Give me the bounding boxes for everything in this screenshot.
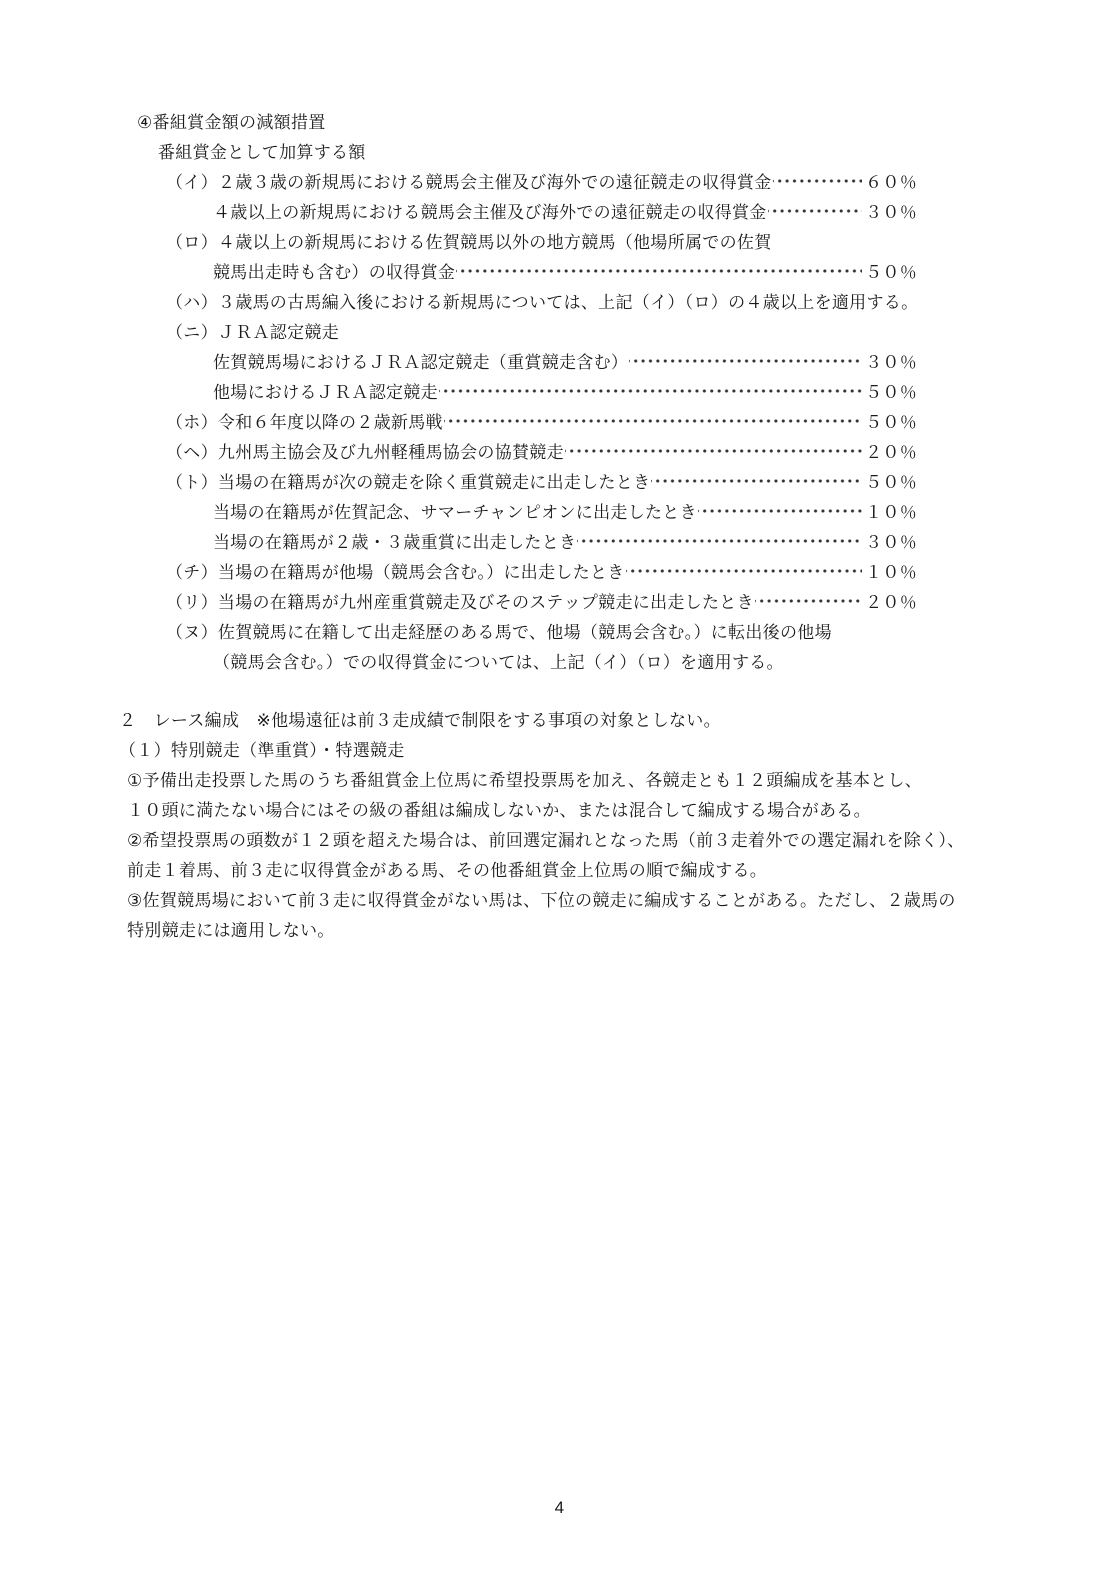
paragraph-text: １０頭に満たない場合にはその級の番組は編成しないか、または混合して編成する場合が…	[127, 796, 871, 821]
rule-text: ＪＲＡ認定競走	[218, 318, 339, 343]
dot-leader	[651, 465, 862, 495]
rule-row: （ロ） ４歳以上の新規馬における佐賀競馬以外の地方競馬（他場所属での佐賀	[137, 225, 917, 255]
item-marker: （リ）	[166, 588, 218, 613]
section2-heading-text: ２ レース編成 ※他場遠征は前３走成績で制限をする事項の対象としない。	[119, 706, 721, 731]
rule-row: （ト） 当場の在籍馬が次の競走を除く重賞競走に出走したとき ５０％	[137, 465, 917, 495]
paragraph-text: 前走１着馬、前３走に収得賞金がある馬、その他番組賞金上位馬の順で編成する。	[127, 856, 767, 881]
rule-percentage: １０％	[863, 498, 917, 523]
paragraph-line: ③佐賀競馬場において前３走に収得賞金がない馬は、下位の競走に編成することがある。…	[119, 883, 1005, 913]
dot-leader	[755, 585, 862, 615]
rule-text: ４歳以上の新規馬における佐賀競馬以外の地方競馬（他場所属での佐賀	[218, 228, 772, 253]
rule-text: 当場の在籍馬が他場（競馬会含む。）に出走したとき	[218, 558, 625, 583]
dot-leader	[626, 555, 862, 585]
rule-percentage: ３０％	[863, 198, 917, 223]
rule-text: 令和６年度以降の２歳新馬戦	[218, 408, 443, 433]
section-prize-reduction: ④番組賞金額の減額措置 番組賞金として加算する額 （イ） ２歳３歳の新規馬におけ…	[137, 105, 1005, 675]
item-marker: （チ）	[166, 558, 218, 583]
rule-text: ２歳３歳の新規馬における競馬会主催及び海外での遠征競走の収得賞金	[218, 168, 772, 193]
rule-percentage: ６０％	[863, 168, 917, 193]
rule-text: 佐賀競馬に在籍して出走経歴のある馬で、他場（競馬会含む。）に転出後の他場	[218, 618, 832, 643]
rule-text: ３歳馬の古馬編入後における新規馬については、上記（イ）（ロ）の４歳以上を適用する…	[218, 288, 918, 313]
rule-row: 佐賀競馬場におけるＪＲＡ認定競走（重賞競走含む） ３０％	[137, 345, 917, 375]
rule-row: ４歳以上の新規馬における競馬会主催及び海外での遠征競走の収得賞金 ３０％	[137, 195, 917, 225]
rule-percentage: １０％	[863, 558, 917, 583]
paragraph-text: 特別競走には適用しない。	[127, 916, 335, 941]
item-marker: （ヌ）	[166, 618, 218, 643]
dot-leader	[577, 525, 862, 555]
rule-text: 佐賀競馬場におけるＪＲＡ認定競走（重賞競走含む）	[213, 348, 628, 373]
item-marker: （ヘ）	[166, 438, 218, 463]
rule-row: （ヘ） 九州馬主協会及び九州軽種馬協会の協賛競走 ２０％	[137, 435, 917, 465]
paragraph-line: ①予備出走投票した馬のうち番組賞金上位馬に希望投票馬を加え、各競走とも１２頭編成…	[119, 763, 1005, 793]
dot-leader	[629, 345, 862, 375]
dot-leader	[768, 195, 862, 225]
rule-text: 当場の在籍馬が２歳・３歳重賞に出走したとき	[213, 528, 576, 553]
dot-leader	[444, 405, 862, 435]
section-race-organization: ２ レース編成 ※他場遠征は前３走成績で制限をする事項の対象としない。 （１）特…	[119, 703, 1005, 943]
rule-percentage: ５０％	[863, 258, 917, 283]
rule-row: （競馬会含む。）での収得賞金については、上記（イ）（ロ）を適用する。	[137, 645, 917, 675]
item-marker: （ハ）	[166, 288, 218, 313]
rule-percentage: ５０％	[863, 468, 917, 493]
dot-leader	[565, 435, 862, 465]
document-page: ④番組賞金額の減額措置 番組賞金として加算する額 （イ） ２歳３歳の新規馬におけ…	[119, 105, 1005, 943]
item-marker: （ロ）	[166, 228, 218, 253]
item-marker: （ニ）	[166, 318, 218, 343]
rule-text: （競馬会含む。）での収得賞金については、上記（イ）（ロ）を適用する。	[213, 648, 784, 673]
rule-text: 当場の在籍馬が次の競走を除く重賞競走に出走したとき	[218, 468, 651, 493]
rule-percentage: ３０％	[863, 528, 917, 553]
rule-percentage: ５０％	[863, 408, 917, 433]
item-marker: （ト）	[166, 468, 218, 493]
rule-percentage: ２０％	[863, 588, 917, 613]
item-marker: （イ）	[166, 168, 218, 193]
section1-subheading: 番組賞金として加算する額	[137, 135, 917, 165]
rule-text: ４歳以上の新規馬における競馬会主催及び海外での遠征競走の収得賞金	[213, 198, 767, 223]
rule-row: （イ） ２歳３歳の新規馬における競馬会主催及び海外での遠征競走の収得賞金 ６０％	[137, 165, 917, 195]
rule-text: 当場の在籍馬が佐賀記念、サマーチャンピオンに出走したとき	[213, 498, 697, 523]
section1-subheading-text: 番組賞金として加算する額	[158, 138, 366, 163]
rule-row: （ホ） 令和６年度以降の２歳新馬戦 ５０％	[137, 405, 917, 435]
page-number: 4	[0, 1493, 1119, 1523]
paragraph-line: １０頭に満たない場合にはその級の番組は編成しないか、または混合して編成する場合が…	[119, 793, 1005, 823]
dot-leader	[773, 165, 863, 195]
dot-leader	[439, 375, 862, 405]
paragraph-line: 前走１着馬、前３走に収得賞金がある馬、その他番組賞金上位馬の順で編成する。	[119, 853, 1005, 883]
rule-text: 当場の在籍馬が九州産重賞競走及びそのステップ競走に出走したとき	[218, 588, 754, 613]
section2-sub1-label-text: （１）特別競走（準重賞）・特選競走	[119, 736, 405, 761]
rule-percentage: ３０％	[863, 348, 917, 373]
rule-row: （チ） 当場の在籍馬が他場（競馬会含む。）に出走したとき １０％	[137, 555, 917, 585]
rule-row: 競馬出走時も含む）の収得賞金 ５０％	[137, 255, 917, 285]
rule-text: 他場におけるＪＲＡ認定競走	[213, 378, 438, 403]
rule-row: （ニ） ＪＲＡ認定競走	[137, 315, 917, 345]
rule-row: 当場の在籍馬が佐賀記念、サマーチャンピオンに出走したとき １０％	[137, 495, 917, 525]
rule-percentage: ２０％	[863, 438, 917, 463]
rule-percentage: ５０％	[863, 378, 917, 403]
rule-text: 競馬出走時も含む）の収得賞金	[213, 258, 455, 283]
rule-text: 九州馬主協会及び九州軽種馬協会の協賛競走	[218, 438, 564, 463]
rule-row: 他場におけるＪＲＡ認定競走 ５０％	[137, 375, 917, 405]
paragraph-text: ③佐賀競馬場において前３走に収得賞金がない馬は、下位の競走に編成することがある。…	[127, 886, 956, 911]
rule-row: （ハ） ３歳馬の古馬編入後における新規馬については、上記（イ）（ロ）の４歳以上を…	[137, 285, 917, 315]
section2-heading: ２ レース編成 ※他場遠征は前３走成績で制限をする事項の対象としない。	[119, 703, 1005, 733]
section1-heading-text: ④番組賞金額の減額措置	[137, 108, 326, 133]
item-marker: （ホ）	[166, 408, 218, 433]
dot-leader	[698, 495, 862, 525]
dot-leader	[456, 255, 862, 285]
rule-row: 当場の在籍馬が２歳・３歳重賞に出走したとき ３０％	[137, 525, 917, 555]
paragraph-text: ①予備出走投票した馬のうち番組賞金上位馬に希望投票馬を加え、各競走とも１２頭編成…	[127, 766, 922, 791]
paragraph-line: 特別競走には適用しない。	[119, 913, 1005, 943]
paragraph-line: ②希望投票馬の頭数が１２頭を超えた場合は、前回選定漏れとなった馬（前３走着外での…	[119, 823, 1005, 853]
section2-sub1-label: （１）特別競走（準重賞）・特選競走	[119, 733, 1005, 763]
rule-row: （リ） 当場の在籍馬が九州産重賞競走及びそのステップ競走に出走したとき ２０％	[137, 585, 917, 615]
rule-row: （ヌ） 佐賀競馬に在籍して出走経歴のある馬で、他場（競馬会含む。）に転出後の他場	[137, 615, 917, 645]
section1-heading: ④番組賞金額の減額措置	[137, 105, 917, 135]
paragraph-text: ②希望投票馬の頭数が１２頭を超えた場合は、前回選定漏れとなった馬（前３走着外での…	[127, 826, 964, 851]
